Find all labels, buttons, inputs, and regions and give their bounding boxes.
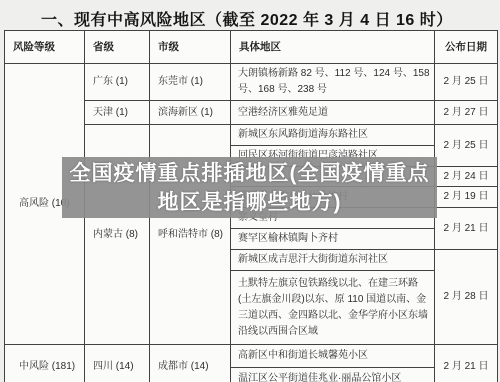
date-cell: 2 月 25 日 <box>435 64 498 101</box>
column-header-risk: 风险等级 <box>5 31 85 64</box>
city-cell: 东莞市 (1) <box>150 64 231 101</box>
column-header-area: 具体地区 <box>231 31 435 64</box>
column-header-city: 市级 <box>150 31 231 64</box>
area-cell: 赛罕区榆林镇陶卜齐村 <box>231 229 435 250</box>
risk-level-cell: 中风险 (181) <box>5 345 85 382</box>
date-cell: 2 月 25 日 <box>435 125 498 167</box>
date-cell: 2 月 24 日 <box>435 167 498 187</box>
city-cell: 滨海新区 (1) <box>150 101 231 125</box>
province-cell: 四川 (14) <box>85 345 150 382</box>
watermark-text-line2: 地区是指哪些地方) <box>158 188 342 217</box>
watermark-text-line1: 全国疫情重点排插地区(全国疫情重点 <box>70 159 430 188</box>
table-row: 高风险 (10) 广东 (1) 东莞市 (1) 大朗镇杨新路 82 号、112 … <box>5 64 498 101</box>
date-cell: 2 月 21 日 <box>435 208 498 250</box>
date-cell: 2 月 27 日 <box>435 101 498 125</box>
column-header-date: 公布日期 <box>435 31 498 64</box>
area-cell: 高新区中和街道长城馨苑小区 <box>231 345 435 368</box>
area-cell: 温江区公平街道佳兆业·丽晶公馆小区 <box>231 368 435 382</box>
watermark-overlay: 全国疫情重点排插地区(全国疫情重点 地区是指哪些地方) <box>62 157 437 218</box>
area-cell: 新城区成吉思汗大街街道东河社区 <box>231 250 435 271</box>
city-cell: 成都市 (14) <box>150 345 231 382</box>
area-cell: 土默特左旗京包铁路线以北、在建三环路(土左旗金川段)以东、原 110 国道以南、… <box>231 271 435 345</box>
province-cell: 广东 (1) <box>85 64 150 101</box>
date-cell: 2 月 28 日 <box>435 250 498 345</box>
table-header-row: 风险等级 省级 市级 具体地区 公布日期 <box>5 31 498 64</box>
document-page: 一、现有中高风险地区（截至 2022 年 3 月 4 日 16 时） 风险等级 … <box>0 0 500 382</box>
area-cell: 大朗镇杨新路 82 号、112 号、124 号、158 号、168 号、238 … <box>231 64 435 101</box>
province-cell: 天津 (1) <box>85 101 150 125</box>
date-cell: 2 月 19 日 <box>435 187 498 208</box>
area-cell: 空港经济区雅苑足道 <box>231 101 435 125</box>
date-cell: 2 月 21 日 <box>435 345 498 382</box>
page-title: 一、现有中高风险地区（截至 2022 年 3 月 4 日 16 时） <box>41 7 453 30</box>
area-cell: 新城区东风路街道海东路社区 <box>231 125 435 146</box>
column-header-province: 省级 <box>85 31 150 64</box>
table-row: 中风险 (181) 四川 (14) 成都市 (14) 高新区中和街道长城馨苑小区… <box>5 345 498 368</box>
